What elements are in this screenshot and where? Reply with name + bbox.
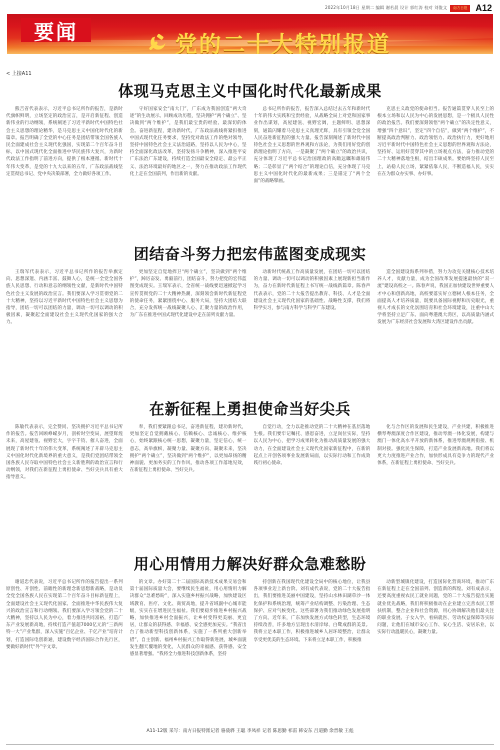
issue-meta: 2022年10月18日 星期二 编辑 谢若晨 设计 郭红涛 校对 刘俊文 南方日…	[325, 2, 492, 14]
article-4: 用心用情用力解决好群众急难愁盼 谢道忠代表说，习近平总书记所作的报告提出一系列原…	[6, 553, 494, 734]
banner-title-group: 党的二十大特别报道	[147, 28, 391, 54]
article-columns: 谢道忠代表说，习近平总书记所作的报告提出一系列原创性、开创性、前瞻性的新理念新思…	[6, 579, 494, 734]
special-report-banner: 要闻 党的二十大特别报道	[7, 14, 493, 54]
article-headline: 团结奋斗努力把宏伟蓝图变成现实	[6, 243, 494, 264]
paragraph: 总书记所作的报告，报告深入总结过去五年和新时代十年的伟大实践和宝贵经验，从战略全…	[254, 106, 371, 185]
paragraph: 的文章。办好第二十二届国际高新技术成果交易会和第十届国际质量大会，要继续民生福祉…	[130, 579, 247, 658]
paragraph: 自觉行动，全力以赴推动党的二十大精神在基层落地生根。我们要牢记嘱托、感恩奋进，立…	[254, 424, 371, 467]
article-1: 体现马克思主义中国化时代化最新成果 熊吉省代表表示，习近平总书记所作的报告，是新…	[6, 80, 494, 243]
reporter-credits: A11-12版 采写：南方日报特派记者 骆骁骅 王聪 李凤祥 记者 陈思勤 祁雷…	[0, 728, 500, 734]
paragraph: 熊吉省代表表示，习近平总书记所作的报告，是新时代旗帜鲜明，立场坚定的政治宣言，是…	[6, 106, 123, 178]
section-label: 要闻	[21, 18, 91, 42]
paragraph: 奉，我们要紧跟总书记，奋进新征程，建功新时代，更加坚定自觉拥戴核心、信赖核心、忠…	[130, 424, 247, 474]
article-headline: 在新征程上勇担使命当好尖兵	[6, 398, 494, 419]
paragraph: 王瑞军代表表示，习近平总书记所作的报告举旗定向、思想深邃、内涵丰富、鼓舞人心，是…	[6, 269, 123, 327]
paragraph: 陈敏代表表示，完全赞同、坚决拥护习近平总书记所作的报告。报告回顾峥嵘岁月，剖析时…	[6, 424, 123, 482]
paragraph: 化与合作区的发展和民生建设，产业共建，积极推进横琴粤澳深度合作区建设，推动琴澳一…	[377, 424, 494, 467]
page-number: A12	[475, 3, 492, 13]
article-2: 团结奋斗努力把宏伟蓝图变成现实 王瑞军代表表示，习近平总书记所作的报告举旗定向、…	[6, 243, 494, 397]
article-headline: 用心用情用力解决好群众急难愁盼	[6, 553, 494, 574]
article-columns: 王瑞军代表表示，习近平总书记所作的报告举旗定向、思想深邃、内涵丰富、鼓舞人心，是…	[6, 269, 494, 397]
article-column: 熊吉省代表表示，习近平总书记所作的报告，是新时代旗帜鲜明，立场坚定的政治宣言，是…	[6, 106, 123, 243]
article-columns: 熊吉省代表表示，习近平总书记所作的报告，是新时代旗帜鲜明，立场坚定的政治宣言，是…	[6, 106, 494, 243]
article-column: 更加坚定自觉地捍卫“两个确立”，坚决做到“两个维护”，踔厉奋发、勇毅前行，团结奋…	[130, 269, 247, 397]
newspaper-tag: 南方日报	[450, 5, 470, 12]
article-column: 奉，我们要紧跟总书记，奋进新征程，建功新时代，更加坚定自觉拥戴核心、信赖核心、忠…	[130, 424, 247, 561]
article-column: 持创新在我国现代化建设全局中的核心地位，让我县各项事业迈上新台阶。刘有成代表说，…	[254, 579, 371, 734]
paragraph: 持创新在我国现代化建设全局中的核心地位，让我县各项事业迈上新台阶。刘有成代表说，…	[254, 579, 371, 644]
article-column: 的文章。办好第二十二届国际高新技术成果交易会和第十届国际质量大会，要继续民生福祉…	[130, 579, 247, 734]
article-column: 动新时代统战工作高质量发展，在团结一切可以团结的力量、调动一切可以调动的积极因素…	[254, 269, 371, 397]
paragraph: 动新时代统战工作高质量发展，在团结一切可以团结的力量、调动一切可以调动的积极因素…	[254, 269, 371, 312]
paragraph: 谢道忠代表说，习近平总书记所作的报告提出一系列原创性、开创性、前瞻性的新理念新思…	[6, 579, 123, 651]
article-column: 总书记所作的报告，报告深入总结过去五年和新时代十年的伟大实践和宝贵经验，从战略全…	[254, 106, 371, 243]
issue-date-editors: 2022年10月18日 星期二 编辑 谢若晨 设计 郭红涛 校对 刘俊文	[325, 5, 447, 11]
article-column: 化与合作区的发展和民生建设，产业共建，积极推进横琴粤澳深度合作区建设，推动琴澳一…	[377, 424, 494, 561]
paragraph: 动新型城镇化建设，打造国际化营商环境，推动广东在新征程上走在全国前列、创造新的辉…	[377, 579, 494, 637]
party-emblem-icon	[147, 32, 169, 54]
article-headline: 体现马克思主义中国化时代化最新成果	[6, 80, 494, 101]
article-column: 动新型城镇化建设，打造国际化营商环境，推动广东在新征程上走在全国前列、创造新的辉…	[377, 579, 494, 734]
paragraph: 更加坚定自觉地捍卫“两个确立”，坚决做到“两个维护”，踔厉奋发、勇毅前行，团结奋…	[130, 269, 247, 319]
continued-from-link[interactable]: < 上接A11	[6, 70, 32, 77]
article-column: 自觉行动，全力以赴推动党的二十大精神在基层落地生根。我们要牢记嘱托、感恩奋进，立…	[254, 424, 371, 561]
footer-divider	[6, 744, 494, 745]
article-column: 陈敏代表表示，完全赞同、坚决拥护习近平总书记所作的报告。报告回顾峥嵘岁月，剖析时…	[6, 424, 123, 561]
article-column: 守好国家安全“南大门”，广东成为我国创造“两大奇迹”的生动展示。回顾成功历程，坚…	[130, 106, 247, 243]
article-3: 在新征程上勇担使命当好尖兵 陈敏代表表示，完全赞同、坚决拥护习近平总书记所作的报…	[6, 398, 494, 561]
article-column: 造全国建设海系列举措，努力为攻克关键核心技术培养人才，贡献力量，成为全国改革发展…	[377, 269, 494, 397]
article-columns: 陈敏代表表示，完全赞同、坚决拥护习近平总书记所作的报告。报告回顾峥嵘岁月，剖析时…	[6, 424, 494, 561]
paragraph: 守好国家安全“南大门”，广东成为我国创造“两大奇迹”的生动展示。回顾成功历程，坚…	[130, 106, 247, 178]
article-column: 克思主义政党的使命担当。报告通篇贯穿人民至上的根本立场和以人民为中心的发展思想，…	[377, 106, 494, 243]
article-column: 王瑞军代表表示，习近平总书记所作的报告举旗定向、思想深邃、内涵丰富、鼓舞人心，是…	[6, 269, 123, 397]
page-header: 2022年10月18日 星期二 编辑 谢若晨 设计 郭红涛 校对 刘俊文 南方日…	[0, 0, 500, 56]
paragraph: 克思主义政党的使命担当。报告通篇贯穿人民至上的根本立场和以人民为中心的发展思想，…	[377, 106, 494, 178]
article-column: 谢道忠代表说，习近平总书记所作的报告提出一系列原创性、开创性、前瞻性的新理念新思…	[6, 579, 123, 734]
paragraph: 造全国建设海系列举措，努力为攻克关键核心技术培养人才，贡献力量，成为全国改革发展…	[377, 269, 494, 327]
banner-title: 党的二十大特别报道	[175, 28, 391, 55]
